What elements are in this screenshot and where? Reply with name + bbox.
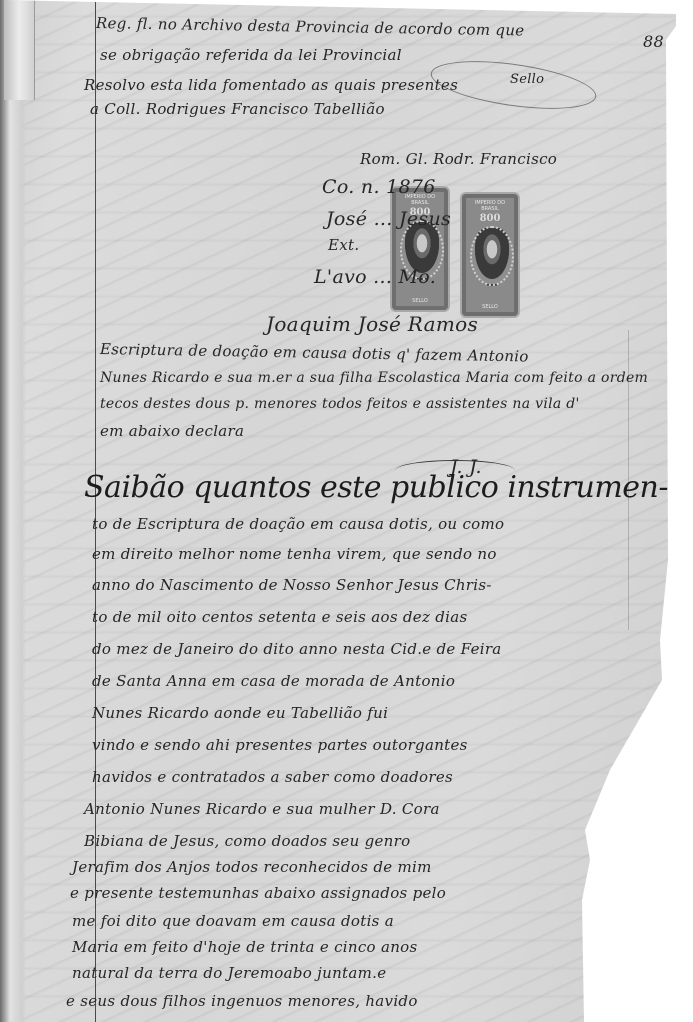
body-line: do mez de Janeiro do dito anno nesta Cid… [92, 640, 502, 658]
body-line: Bibiana de Jesus, como doados seu genro [84, 832, 410, 850]
body-line: em direito melhor nome tenha virem, que … [92, 545, 497, 563]
header-note: Resolvo esta lida fomentado as quais pre… [84, 76, 458, 94]
binding-edge [0, 0, 26, 1022]
header-note: a Coll. Rodrigues Francisco Tabellião [90, 100, 385, 118]
emperor-portrait [470, 226, 514, 286]
summary-line: Nunes Ricardo e sua m.er a sua filha Esc… [100, 370, 648, 386]
stamp-note: L'avo ... Mo. [314, 266, 436, 288]
body-line: e seus dous filhos ingenuos menores, hav… [66, 992, 418, 1010]
body-line: to de mil oito centos setenta e seis aos… [92, 608, 467, 626]
body-line: Maria em feito d'hoje de trinta e cinco … [72, 938, 418, 956]
stamp-header: IMPERIO DO BRASIL [466, 200, 514, 212]
header-note: se obrigação referida da lei Provincial [100, 46, 402, 64]
seal-mark: Sello [510, 72, 544, 87]
page-number: 88 [643, 32, 664, 51]
stamp-note: Ext. [328, 236, 359, 254]
summary-line: tecos destes dous p. menores todos feito… [100, 396, 580, 412]
body-line: vindo e sendo ahi presentes partes outor… [92, 736, 468, 754]
revenue-stamp: IMPERIO DO BRASIL 800 SELLO [462, 194, 518, 316]
body-line: Nunes Ricardo aonde eu Tabellião fui [92, 704, 388, 722]
stamp-footer: SELLO [396, 298, 444, 304]
body-line: natural da terra do Jeremoabo juntam.e [72, 964, 386, 982]
body-line: de Santa Anna em casa de morada de Anton… [92, 672, 455, 690]
signature: Joaquim José Ramos [266, 312, 478, 336]
header-signature: Rom. Gl. Rodr. Francisco [360, 150, 557, 168]
stamp-note: Co. n. 1876 [322, 176, 436, 198]
body-line: Antonio Nunes Ricardo e sua mulher D. Co… [84, 800, 440, 818]
folded-paper-tab [4, 0, 35, 100]
summary-line: em abaixo declara [100, 422, 244, 440]
stamp-note: José ... Jesus [326, 208, 451, 230]
body-line: havidos e contratados a saber como doado… [92, 768, 453, 786]
body-line: me foi dito que doavam em causa dotis a [72, 912, 394, 930]
revenue-stamp: IMPERIO DO BRASIL 800 SELLO [392, 188, 448, 310]
stamp-value: 800 [466, 213, 514, 224]
opening-line: Saibão quantos este publico instrumen- [84, 470, 668, 505]
body-line: Jerafim dos Anjos todos reconhecidos de … [72, 858, 432, 876]
body-line: e presente testemunhas abaixo assignados… [70, 884, 446, 902]
manuscript-page: Reg. fl. no Archivo desta Provincia de a… [0, 0, 693, 1022]
body-line: to de Escriptura de doação em causa doti… [92, 515, 504, 533]
stamp-footer: SELLO [466, 304, 514, 310]
body-line: anno do Nascimento de Nosso Senhor Jesus… [92, 576, 492, 594]
